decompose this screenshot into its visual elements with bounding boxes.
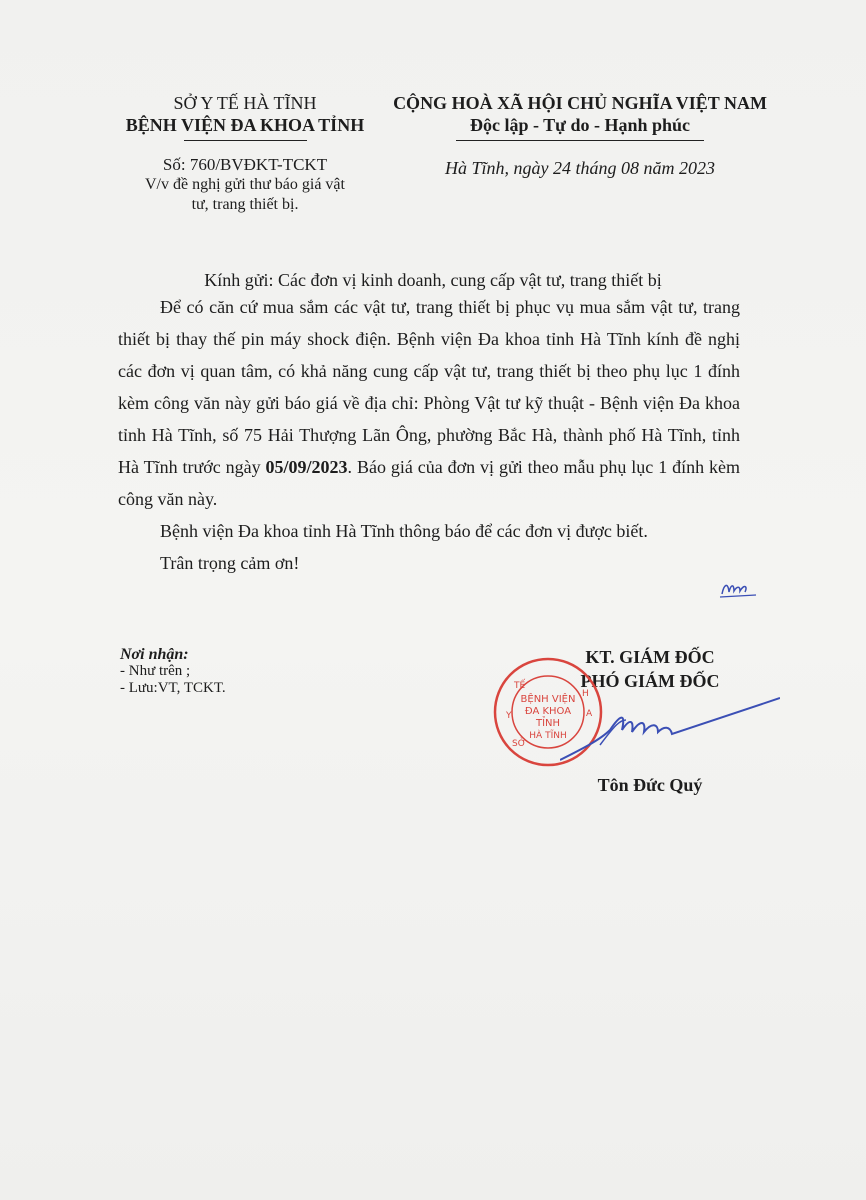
subject-line-2: tư, trang thiết bị. [100,195,390,215]
svg-text:SỞ: SỞ [512,737,526,749]
recipients-title: Nơi nhận: [120,646,226,663]
subject-line-1: V/v đề nghị gửi thư báo giá vật [100,175,390,195]
document-date: Hà Tĩnh, ngày 24 tháng 08 năm 2023 [380,157,780,179]
handwritten-signature-icon [560,690,780,770]
seal-line: TỈNH [535,715,560,729]
deadline-date: 05/09/2023 [266,457,348,477]
motto-underline [456,140,704,141]
recipients-block: Nơi nhận: - Như trên ; - Lưu:VT, TCKT. [120,646,226,697]
body-paragraph-2: Bệnh viện Đa khoa tỉnh Hà Tĩnh thông báo… [118,515,740,547]
initials-mark-icon [718,578,758,600]
country-name: CỘNG HOÀ XÃ HỘI CHỦ NGHĨA VIỆT NAM [380,92,780,114]
national-motto: Độc lập - Tự do - Hạnh phúc [380,114,780,136]
document-body: Để có căn cứ mua sắm các vật tư, trang t… [118,291,740,579]
svg-text:TẾ: TẾ [513,679,525,691]
national-header: CỘNG HOÀ XÃ HỘI CHỦ NGHĨA VIỆT NAM Độc l… [380,92,780,179]
body-paragraph-1: Để có căn cứ mua sắm các vật tư, trang t… [118,291,740,515]
issuer-header: SỞ Y TẾ HÀ TĨNH BỆNH VIỆN ĐA KHOA TỈNH S… [100,92,390,215]
header-underline [184,140,307,141]
body-paragraph-3: Trân trọng cảm ơn! [118,547,740,579]
svg-text:Y: Y [505,711,512,721]
body-text-part: Để có căn cứ mua sắm các vật tư, trang t… [118,297,740,477]
recipient-item: - Như trên ; [120,663,226,680]
document-page: SỞ Y TẾ HÀ TĨNH BỆNH VIỆN ĐA KHOA TỈNH S… [0,0,866,1200]
document-number: Số: 760/BVĐKT-TCKT [100,155,390,175]
hospital-name: BỆNH VIỆN ĐA KHOA TỈNH [100,114,390,136]
department-name: SỞ Y TẾ HÀ TĨNH [100,92,390,114]
recipient-line: Kính gửi: Các đơn vị kinh doanh, cung cấ… [0,270,866,291]
recipient-item: - Lưu:VT, TCKT. [120,680,226,697]
signer-name: Tôn Đức Quý [520,775,780,796]
